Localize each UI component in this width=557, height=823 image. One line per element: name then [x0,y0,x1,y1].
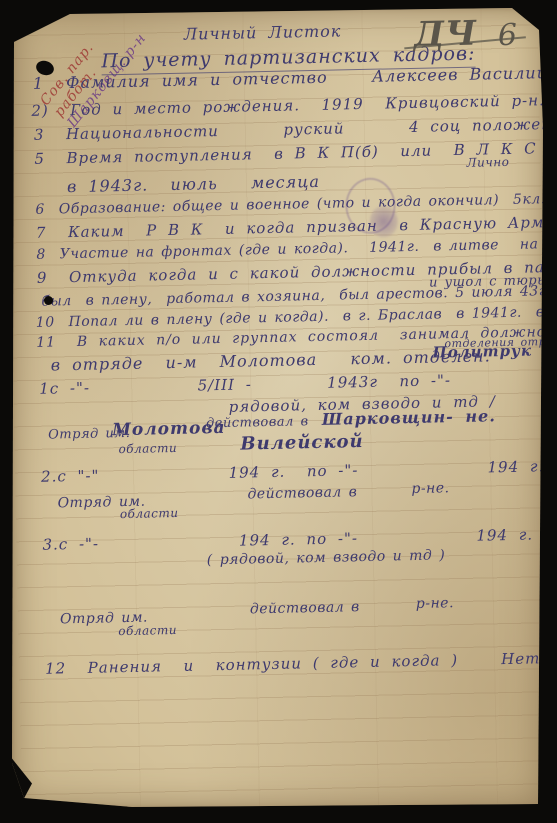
ruled-paper-content: Сов. пар. работ. Шарковщ. р-н Личный Лис… [5,2,554,813]
detachment1-mid: действовал в [206,415,309,431]
service-row-2: 2.с "-" 194 г. по -"- 194 г. [41,458,545,485]
detachment3-mid: действовал в [250,600,360,618]
paper-sheet: Сов. пар. работ. Шарковщ. р-н Личный Лис… [12,8,544,808]
field-party-date: в 1943г. июль месяца [67,173,320,196]
service-row-3: 3.с -"- 194 г. по -"- 194 г. [42,526,533,553]
document-photo: Сов. пар. работ. Шарковщ. р-н Личный Лис… [0,0,557,823]
service-row-3-note: ( рядовой, ком взводо и тд ) [207,548,446,568]
detachment3-place: р-не. [416,596,454,612]
field-wounds: 12 Ранения и контузии ( где и когда ) Не… [45,650,546,677]
field-birth: 2) Год и место рождения. 1919 Кривцовски… [31,90,557,120]
field-detachment-role: в отряде и-м Молотова ком. отделен. [51,347,491,374]
field-role-value: Политрук взвода [432,341,557,361]
detachment2-oblast-label: области [120,507,179,521]
paper-speck [44,296,53,305]
detachment1-place: Шарковщин- не. [322,407,496,428]
detachment1-oblast: Вилейской [240,432,364,454]
field-party-note: Лично [466,156,509,170]
detachment2-place: р-не. [411,481,449,497]
pencil-mark-number: 6 [498,19,519,52]
title-line1: Личный Листок [184,22,342,43]
detachment1-oblast-label: области [118,442,177,456]
detachment2-mid: действовал в [247,485,357,503]
pencil-mark-crossed: ДЧ [414,16,478,55]
detachment3-oblast-label: области [118,624,177,638]
